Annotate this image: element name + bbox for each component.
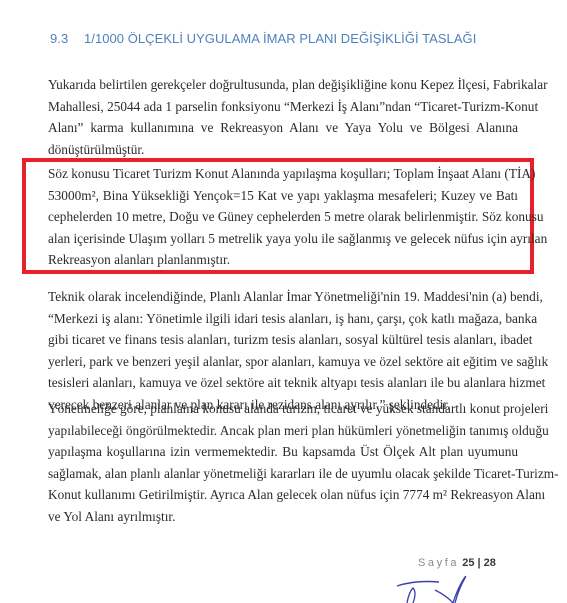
text-line: Rekreasyon alanları planlanmıştır. — [48, 249, 518, 271]
text-line: Teknik olarak incelendiğinde, Planlı Ala… — [48, 286, 518, 308]
paragraph-3: Teknik olarak incelendiğinde, Planlı Ala… — [48, 286, 518, 416]
text-line: Konut kullanımı Getirilmiştir. Ayrıca Al… — [48, 484, 518, 506]
text-line: Yukarıda belirtilen gerekçeler doğrultus… — [48, 74, 518, 96]
text-line: gibi ticaret ve finans tesis alanları, t… — [48, 329, 518, 351]
page-separator: | — [478, 557, 481, 569]
text-line: Söz konusu Ticaret Turizm Konut Alanında… — [48, 163, 518, 185]
section-number: 9.3 — [50, 31, 84, 46]
text-line: yerleri, park ve benzeri yeşil alanlar, … — [48, 351, 518, 373]
text-line: sağlamak, alan planlı alanlar yönetmeliğ… — [48, 463, 518, 485]
text-line: Alanı” karma kullanımına ve Rekreasyon A… — [48, 117, 518, 139]
page-footer: Sayfa 25 | 28 — [418, 557, 496, 569]
paragraph-2-highlighted: Söz konusu Ticaret Turizm Konut Alanında… — [48, 163, 518, 271]
total-pages: 28 — [484, 557, 496, 569]
text-line: 53000m², Bina Yüksekliği Yençok=15 Kat v… — [48, 185, 518, 207]
page-number: 25 | 28 — [462, 557, 496, 569]
paragraph-1: Yukarıda belirtilen gerekçeler doğrultus… — [48, 74, 518, 160]
text-line: Mahallesi, 25044 ada 1 parselin fonksiyo… — [48, 96, 518, 118]
current-page: 25 — [462, 557, 474, 569]
text-line: yapılaşma koşullarına izin vermemektedir… — [48, 441, 518, 463]
text-line: ve Yol Alanı ayrılmıştır. — [48, 506, 518, 528]
section-heading: 9.31/1000 ÖLÇEKLİ UYGULAMA İMAR PLANI DE… — [50, 31, 476, 46]
text-line: Yönetmeliğe göre, planlama konusu alanda… — [48, 398, 518, 420]
page-label: Sayfa — [418, 557, 459, 569]
text-line: cephelerden 10 metre, Doğu ve Güney ceph… — [48, 206, 518, 228]
text-line: alan içerisinde Ulaşım yolları 5 metreli… — [48, 228, 518, 250]
handwritten-signature-icon — [395, 572, 505, 603]
paragraph-4: Yönetmeliğe göre, planlama konusu alanda… — [48, 398, 518, 528]
text-line: “Merkezi iş alanı: Yönetimle ilgili idar… — [48, 308, 518, 330]
text-line: yapılabileceği öngörülmektedir. Ancak pl… — [48, 420, 518, 442]
text-line: tesisleri alanları, kamuya ve özel sektö… — [48, 372, 518, 394]
section-title: 1/1000 ÖLÇEKLİ UYGULAMA İMAR PLANI DEĞİŞ… — [84, 31, 476, 46]
